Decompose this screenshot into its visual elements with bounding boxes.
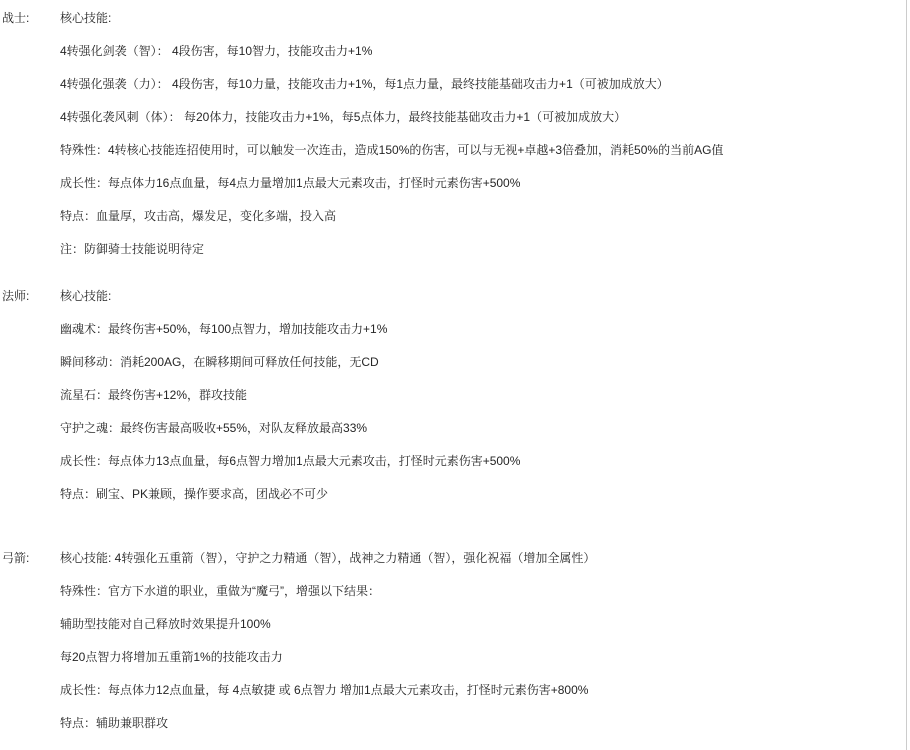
doc-row: 成长性：每点体力13点血量，每6点智力增加1点最大元素攻击，打怪时元素伤害+50… bbox=[2, 453, 902, 486]
doc-row: 每20点智力将增加五重箭1%的技能攻击力 bbox=[2, 649, 902, 682]
doc-line: 核心技能: 4转强化五重箭（智），守护之力精通（智），战神之力精通（智），强化祝… bbox=[60, 550, 902, 567]
section-archer: 弓箭: 核心技能: 4转强化五重箭（智），守护之力精通（智），战神之力精通（智）… bbox=[2, 550, 902, 748]
doc-line: 核心技能: bbox=[60, 288, 902, 305]
doc-row: 特点：血量厚，攻击高，爆发足，变化多端，投入高 bbox=[2, 208, 902, 241]
class-design-document: 战士: 核心技能: 4转强化剑袭（智）： 4段伤害，每10智力，技能攻击力+1%… bbox=[2, 10, 902, 748]
doc-row: 法师: 核心技能: bbox=[2, 288, 902, 321]
doc-line: 守护之魂：最终伤害最高吸收+55%，对队友释放最高33% bbox=[60, 420, 902, 437]
doc-row: 特殊性：4转核心技能连招使用时，可以触发一次连击，造成150%的伤害，可以与无视… bbox=[2, 142, 902, 175]
doc-row: 4转强化强袭（力）： 4段伤害，每10力量，技能攻击力+1%，每1点力量，最终技… bbox=[2, 76, 902, 109]
doc-row: 成长性：每点体力16点血量，每4点力量增加1点最大元素攻击，打怪时元素伤害+50… bbox=[2, 175, 902, 208]
doc-line: 特点：血量厚，攻击高，爆发足，变化多端，投入高 bbox=[60, 208, 902, 225]
doc-row: 特点：刷宝、PK兼顾，操作要求高，团战必不可少 bbox=[2, 486, 902, 519]
section-mage: 法师: 核心技能: 幽魂术：最终伤害+50%，每100点智力，增加技能攻击力+1… bbox=[2, 288, 902, 519]
doc-line: 每20点智力将增加五重箭1%的技能攻击力 bbox=[60, 649, 902, 666]
doc-line: 核心技能: bbox=[60, 10, 902, 27]
doc-row: 瞬间移动：消耗200AG，在瞬移期间可释放任何技能，无CD bbox=[2, 354, 902, 387]
doc-row: 成长性：每点体力12点血量，每 4点敏捷 或 6点智力 增加1点最大元素攻击，打… bbox=[2, 682, 902, 715]
doc-line: 4转强化袭风刺（体）： 每20体力，技能攻击力+1%，每5点体力，最终技能基础攻… bbox=[60, 109, 902, 126]
doc-line: 特殊性：官方下水道的职业，重做为“魔弓”，增强以下结果： bbox=[60, 583, 902, 600]
doc-row: 注：防御骑士技能说明待定 bbox=[2, 241, 902, 274]
doc-row: 特殊性：官方下水道的职业，重做为“魔弓”，增强以下结果： bbox=[2, 583, 902, 616]
doc-row: 特点：辅助兼职群攻 bbox=[2, 715, 902, 748]
section-warrior: 战士: 核心技能: 4转强化剑袭（智）： 4段伤害，每10智力，技能攻击力+1%… bbox=[2, 10, 902, 274]
doc-line: 4转强化剑袭（智）： 4段伤害，每10智力，技能攻击力+1% bbox=[60, 43, 902, 60]
section-label-archer: 弓箭: bbox=[2, 550, 60, 567]
doc-line: 成长性：每点体力16点血量，每4点力量增加1点最大元素攻击，打怪时元素伤害+50… bbox=[60, 175, 902, 192]
doc-row: 4转强化剑袭（智）： 4段伤害，每10智力，技能攻击力+1% bbox=[2, 43, 902, 76]
doc-line: 成长性：每点体力12点血量，每 4点敏捷 或 6点智力 增加1点最大元素攻击，打… bbox=[60, 682, 902, 699]
doc-line: 流星石：最终伤害+12%，群攻技能 bbox=[60, 387, 902, 404]
doc-row: 幽魂术：最终伤害+50%，每100点智力，增加技能攻击力+1% bbox=[2, 321, 902, 354]
doc-row: 战士: 核心技能: bbox=[2, 10, 902, 43]
doc-row: 4转强化袭风刺（体）： 每20体力，技能攻击力+1%，每5点体力，最终技能基础攻… bbox=[2, 109, 902, 142]
doc-line: 瞬间移动：消耗200AG，在瞬移期间可释放任何技能，无CD bbox=[60, 354, 902, 371]
doc-row: 守护之魂：最终伤害最高吸收+55%，对队友释放最高33% bbox=[2, 420, 902, 453]
doc-line: 幽魂术：最终伤害+50%，每100点智力，增加技能攻击力+1% bbox=[60, 321, 902, 338]
doc-line: 特殊性：4转核心技能连招使用时，可以触发一次连击，造成150%的伤害，可以与无视… bbox=[60, 142, 902, 159]
doc-line: 注：防御骑士技能说明待定 bbox=[60, 241, 902, 258]
section-label-warrior: 战士: bbox=[2, 10, 60, 27]
page-right-border-line bbox=[906, 0, 907, 750]
doc-line: 成长性：每点体力13点血量，每6点智力增加1点最大元素攻击，打怪时元素伤害+50… bbox=[60, 453, 902, 470]
doc-line: 辅助型技能对自己释放时效果提升100% bbox=[60, 616, 902, 633]
section-label-mage: 法师: bbox=[2, 288, 60, 305]
doc-line: 4转强化强袭（力）： 4段伤害，每10力量，技能攻击力+1%，每1点力量，最终技… bbox=[60, 76, 902, 93]
doc-row: 弓箭: 核心技能: 4转强化五重箭（智），守护之力精通（智），战神之力精通（智）… bbox=[2, 550, 902, 583]
doc-row: 辅助型技能对自己释放时效果提升100% bbox=[2, 616, 902, 649]
doc-line: 特点：刷宝、PK兼顾，操作要求高，团战必不可少 bbox=[60, 486, 902, 503]
doc-line: 特点：辅助兼职群攻 bbox=[60, 715, 902, 732]
doc-row: 流星石：最终伤害+12%，群攻技能 bbox=[2, 387, 902, 420]
